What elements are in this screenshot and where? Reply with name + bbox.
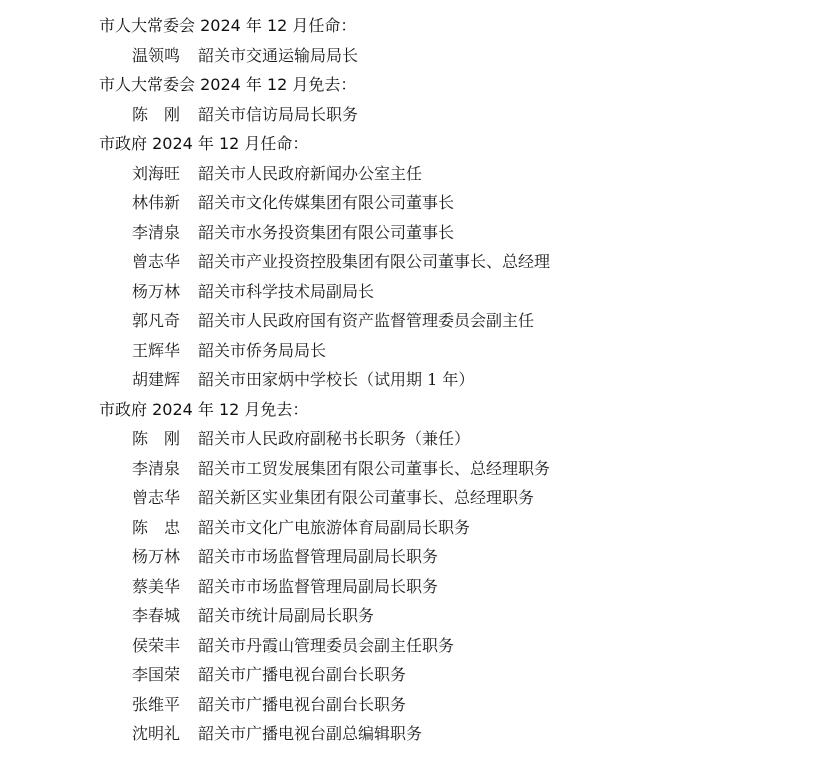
section-heading: 市人大常委会 2024 年 12 月任命： [99,11,799,41]
person-name: 杨万林 [132,542,198,572]
section-heading: 市政府 2024 年 12 月免去： [99,395,799,425]
person-name: 蔡美华 [132,572,198,602]
person-name: 沈明礼 [132,719,198,749]
appointment-entry: 曾志华 韶关市产业投资控股集团有限公司董事长、总经理 [99,247,799,277]
person-position: 韶关市工贸发展集团有限公司董事长、总经理职务 [198,454,550,484]
person-position: 韶关市市场监督管理局副局长职务 [198,572,438,602]
person-position: 韶关市科学技术局副局长 [198,277,374,307]
removal-entry: 陈 刚 韶关市信访局局长职务 [99,100,799,130]
appointment-entry: 林伟新 韶关市文化传媒集团有限公司董事长 [99,188,799,218]
person-name: 李春城 [132,601,198,631]
appointment-entry: 刘海旺 韶关市人民政府新闻办公室主任 [99,159,799,189]
person-position: 韶关市广播电视台副台长职务 [198,660,406,690]
appointment-entry: 王辉华 韶关市侨务局局长 [99,336,799,366]
person-position: 韶关市人民政府副秘书长职务（兼任） [198,424,470,454]
person-position: 韶关市广播电视台副台长职务 [198,690,406,720]
person-position: 韶关市丹霞山管理委员会副主任职务 [198,631,454,661]
person-name: 陈 刚 [132,100,198,130]
person-position: 韶关市产业投资控股集团有限公司董事长、总经理 [198,247,550,277]
removal-entry: 杨万林 韶关市市场监督管理局副局长职务 [99,542,799,572]
removal-entry: 陈 刚 韶关市人民政府副秘书长职务（兼任） [99,424,799,454]
appointment-entry: 杨万林 韶关市科学技术局副局长 [99,277,799,307]
removal-entry: 侯荣丰 韶关市丹霞山管理委员会副主任职务 [99,631,799,661]
person-position: 韶关市水务投资集团有限公司董事长 [198,218,454,248]
person-name: 李清泉 [132,218,198,248]
person-position: 韶关市信访局局长职务 [198,100,358,130]
removal-entry: 陈 忠 韶关市文化广电旅游体育局副局长职务 [99,513,799,543]
appointment-entry: 温领鸣 韶关市交通运输局局长 [99,41,799,71]
removal-entry: 李春城 韶关市统计局副局长职务 [99,601,799,631]
appointment-entry: 李清泉 韶关市水务投资集团有限公司董事长 [99,218,799,248]
removal-entry: 李清泉 韶关市工贸发展集团有限公司董事长、总经理职务 [99,454,799,484]
removal-entry: 沈明礼 韶关市广播电视台副总编辑职务 [99,719,799,749]
person-name: 郭凡奇 [132,306,198,336]
person-name: 温领鸣 [132,41,198,71]
person-position: 韶关市人民政府新闻办公室主任 [198,159,422,189]
person-position: 韶关市统计局副局长职务 [198,601,374,631]
person-position: 韶关市侨务局局长 [198,336,326,366]
removal-entry: 蔡美华 韶关市市场监督管理局副局长职务 [99,572,799,602]
person-position: 韶关市田家炳中学校长（试用期 1 年） [198,365,474,395]
removal-entry: 李国荣 韶关市广播电视台副台长职务 [99,660,799,690]
person-name: 王辉华 [132,336,198,366]
person-position: 韶关市人民政府国有资产监督管理委员会副主任 [198,306,534,336]
person-position: 韶关市广播电视台副总编辑职务 [198,719,422,749]
section-heading: 市人大常委会 2024 年 12 月免去： [99,70,799,100]
removal-entry: 张维平 韶关市广播电视台副台长职务 [99,690,799,720]
removal-entry: 曾志华 韶关新区实业集团有限公司董事长、总经理职务 [99,483,799,513]
person-position: 韶关市文化传媒集团有限公司董事长 [198,188,454,218]
appointment-entry: 胡建辉 韶关市田家炳中学校长（试用期 1 年） [99,365,799,395]
person-name: 李国荣 [132,660,198,690]
person-name: 李清泉 [132,454,198,484]
person-position: 韶关市交通运输局局长 [198,41,358,71]
person-name: 刘海旺 [132,159,198,189]
section-heading: 市政府 2024 年 12 月任命： [99,129,799,159]
person-position: 韶关市文化广电旅游体育局副局长职务 [198,513,470,543]
person-name: 陈 忠 [132,513,198,543]
person-name: 陈 刚 [132,424,198,454]
person-name: 侯荣丰 [132,631,198,661]
person-name: 曾志华 [132,483,198,513]
appointment-document: 市人大常委会 2024 年 12 月任命： 温领鸣 韶关市交通运输局局长 市人大… [99,11,799,749]
person-name: 杨万林 [132,277,198,307]
person-name: 张维平 [132,690,198,720]
appointment-entry: 郭凡奇 韶关市人民政府国有资产监督管理委员会副主任 [99,306,799,336]
person-position: 韶关市市场监督管理局副局长职务 [198,542,438,572]
person-name: 林伟新 [132,188,198,218]
person-name: 胡建辉 [132,365,198,395]
person-position: 韶关新区实业集团有限公司董事长、总经理职务 [198,483,534,513]
person-name: 曾志华 [132,247,198,277]
